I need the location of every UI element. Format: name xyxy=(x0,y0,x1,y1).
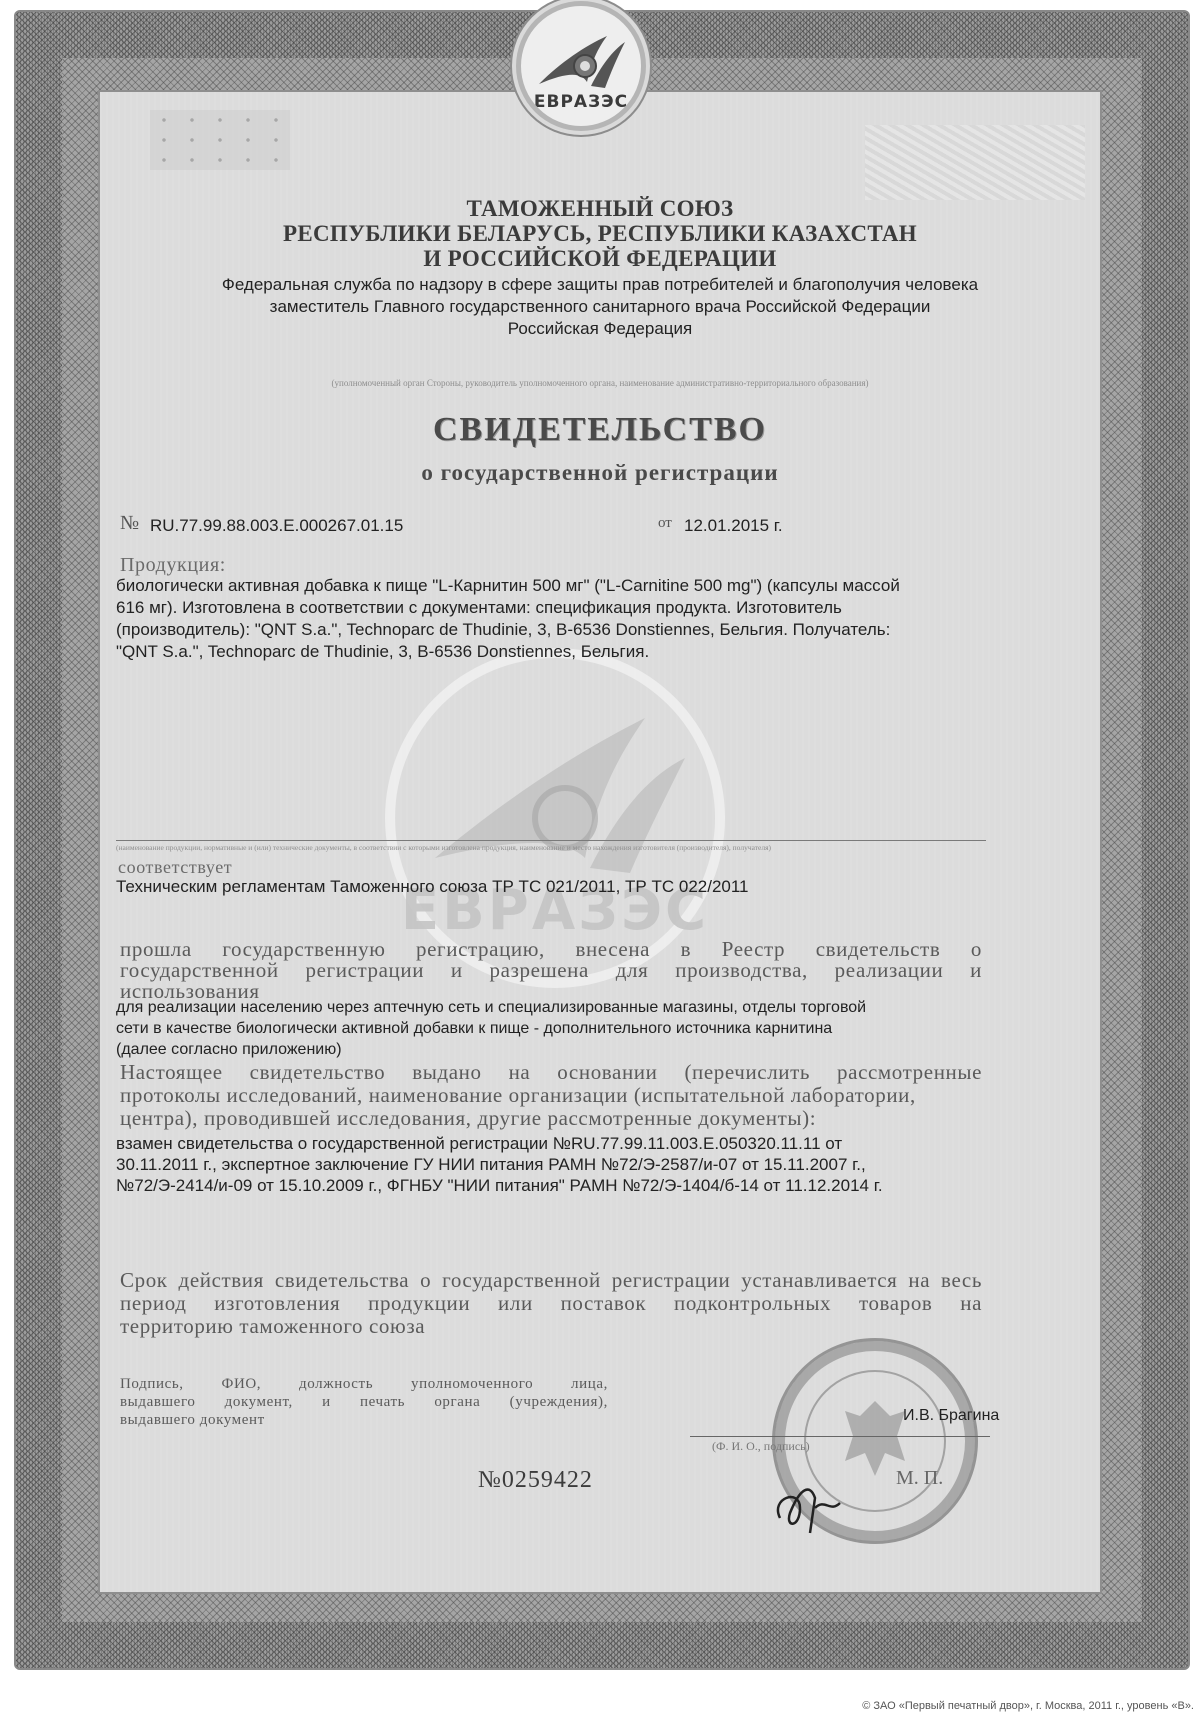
registration-date: 12.01.2015 г. xyxy=(684,516,783,536)
usage-line-3: (далее согласно приложению) xyxy=(116,1041,342,1059)
signer-caption: (Ф. И. О., подпись) xyxy=(712,1439,810,1454)
registration-number-sign: № xyxy=(120,512,139,535)
product-line-2: 616 мг). Изготовлена в соответствии с до… xyxy=(116,598,842,618)
basis-label-line-3: центра), проводившей исследования, други… xyxy=(120,1106,816,1131)
validity-line-3: территорию таможенного союза xyxy=(120,1314,425,1339)
document-subtitle: о государственной регистрации xyxy=(100,460,1100,486)
union-title-line-2: РЕСПУБЛИКИ БЕЛАРУСЬ, РЕСПУБЛИКИ КАЗАХСТА… xyxy=(100,221,1100,247)
usage-line-1: для реализации населению через аптечную … xyxy=(116,999,866,1017)
signature-label-line-3: выдавшего документ xyxy=(120,1412,265,1429)
registration-date-prefix: от xyxy=(658,515,672,532)
handwritten-signature-icon xyxy=(770,1478,850,1543)
union-title-line-1: ТАМОЖЕННЫЙ СОЮЗ xyxy=(100,196,1100,222)
validity-line-2: период изготовления продукции или постав… xyxy=(120,1291,982,1316)
evrazes-emblem-icon: ЕВРАЗЭС xyxy=(521,6,641,126)
validity-line-1: Срок действия свидетельства о государств… xyxy=(120,1268,982,1293)
authority-caption: (уполномоченный орган Стороны, руководит… xyxy=(100,378,1100,388)
usage-line-2: сети в качестве биологически активной до… xyxy=(116,1020,832,1038)
registration-number: RU.77.99.88.003.E.000267.01.15 xyxy=(150,516,403,536)
hologram-area xyxy=(865,125,1085,200)
basis-line-1: взамен свидетельства о государственной р… xyxy=(116,1134,842,1154)
document-title: СВИДЕТЕЛЬСТВО xyxy=(100,411,1100,449)
authority-line-3: Российская Федерация xyxy=(100,319,1100,339)
evrazes-watermark-icon: ЕВРАЗЭС xyxy=(395,658,715,978)
emblem-label: ЕВРАЗЭС xyxy=(521,92,641,112)
microprint-pattern xyxy=(150,110,290,170)
authority-line-2: заместитель Главного государственного са… xyxy=(100,297,1100,317)
basis-label-line-1: Настоящее свидетельство выдано на основа… xyxy=(120,1060,982,1085)
signature-rule xyxy=(690,1436,990,1437)
product-line-3: (производитель): "QNT S.a.", Technoparc … xyxy=(116,620,890,640)
basis-line-2: 30.11.2011 г., экспертное заключение ГУ … xyxy=(116,1155,866,1175)
printer-copyright: © ЗАО «Первый печатный двор», г. Москва,… xyxy=(862,1700,1194,1712)
signature-label-line-1: Подпись, ФИО, должность уполномоченного … xyxy=(120,1376,608,1393)
product-line-4: "QNT S.a.", Technoparc de Thudinie, 3, B… xyxy=(116,642,649,662)
seal-place-mark: М. П. xyxy=(896,1467,943,1490)
compliance-label: соответствует xyxy=(118,857,232,878)
product-line-1: биологически активная добавка к пище "L-… xyxy=(116,576,900,596)
basis-line-3: №72/Э-2414/и-09 от 15.10.2009 г., ФГНБУ … xyxy=(116,1176,883,1196)
product-caption: (наименование продукции, нормативные и (… xyxy=(116,843,771,852)
signer-name: И.В. Брагина xyxy=(903,1407,999,1425)
authority-line-1: Федеральная служба по надзору в сфере за… xyxy=(100,275,1100,295)
basis-label-line-2: протоколы исследований, наименование орг… xyxy=(120,1083,916,1108)
form-number: №0259422 xyxy=(478,1467,593,1494)
compliance-value: Техническим регламентам Таможенного союз… xyxy=(116,877,749,897)
union-title-line-3: И РОССИЙСКОЙ ФЕДЕРАЦИИ xyxy=(100,246,1100,272)
signature-label-line-2: выдавшего документ, и печать органа (учр… xyxy=(120,1394,608,1411)
product-label: Продукция: xyxy=(120,554,226,577)
product-rule xyxy=(116,840,986,841)
